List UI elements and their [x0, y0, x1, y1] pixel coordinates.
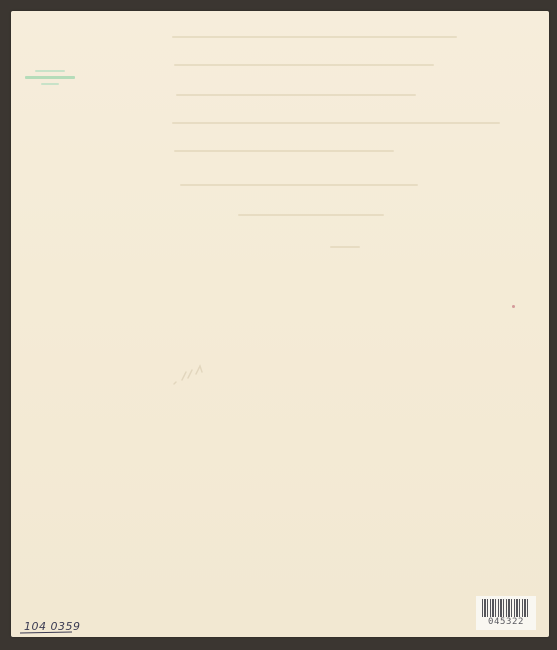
scan-background: 104 0359 045322: [0, 0, 557, 650]
handwriting-line: [238, 214, 384, 216]
stamp-line: [41, 83, 59, 85]
stamp-line: [25, 76, 75, 79]
barcode-icon: [482, 599, 530, 617]
barcode-label: 045322: [476, 596, 536, 630]
handwriting-line: [172, 122, 500, 124]
ink-spot: [512, 305, 515, 308]
handwriting-line: [180, 184, 418, 186]
handwriting-line: [174, 150, 394, 152]
handwriting-line: [330, 246, 360, 248]
document-page: [11, 11, 549, 637]
handwriting-line: [176, 94, 416, 96]
pencil-annotation: [172, 362, 212, 386]
handwriting-line: [174, 64, 434, 66]
handwriting-line: [172, 36, 457, 38]
barcode-number: 045322: [476, 617, 536, 627]
stamp-line: [35, 70, 65, 72]
library-stamp: [22, 70, 78, 89]
